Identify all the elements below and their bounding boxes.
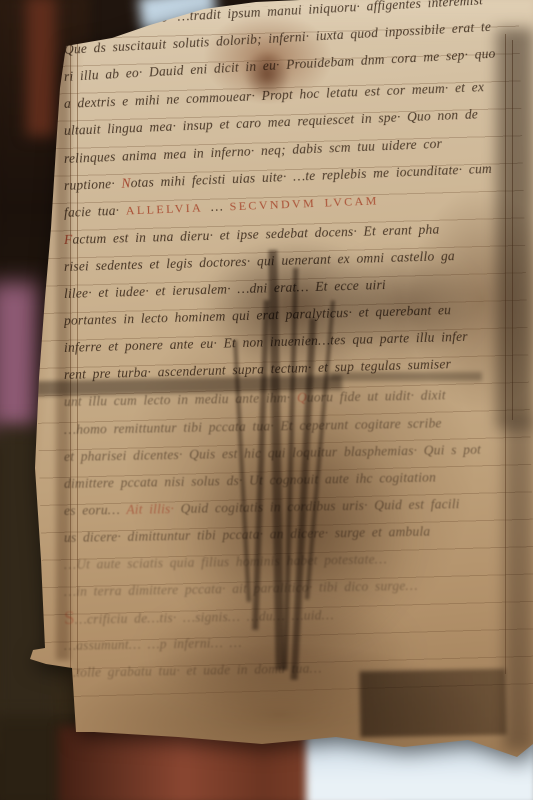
right-edge-shadow-lower [504, 420, 533, 750]
text-segment: es eoru… [64, 502, 127, 518]
top-stain [243, 50, 291, 100]
text-segment: facie tua· [64, 202, 126, 219]
right-edge-shadow [497, 28, 533, 428]
text-segment: uoru fide ut uidit· dixit [307, 388, 446, 405]
center-stain-right [326, 248, 482, 364]
parchment-page: …consilio cepisse· …tradit ipsum manui i… [0, 0, 533, 800]
left-margin-crease [56, 40, 70, 660]
rubric-segment: ALLELVIA [125, 200, 211, 217]
text-segment: ruptione· [64, 175, 122, 192]
rubric-segment: SECVNDVM LVCAM [229, 193, 379, 213]
gray-smudge-band [330, 372, 482, 381]
bottom-right-stain-patch [359, 669, 506, 738]
text-segment: … [211, 198, 230, 214]
parchment-shadow-wrapper: …consilio cepisse· …tradit ipsum manui i… [0, 0, 533, 800]
manuscript-photo: …consilio cepisse· …tradit ipsum manui i… [0, 0, 533, 800]
rubric-segment: Ait illis· [126, 501, 174, 517]
